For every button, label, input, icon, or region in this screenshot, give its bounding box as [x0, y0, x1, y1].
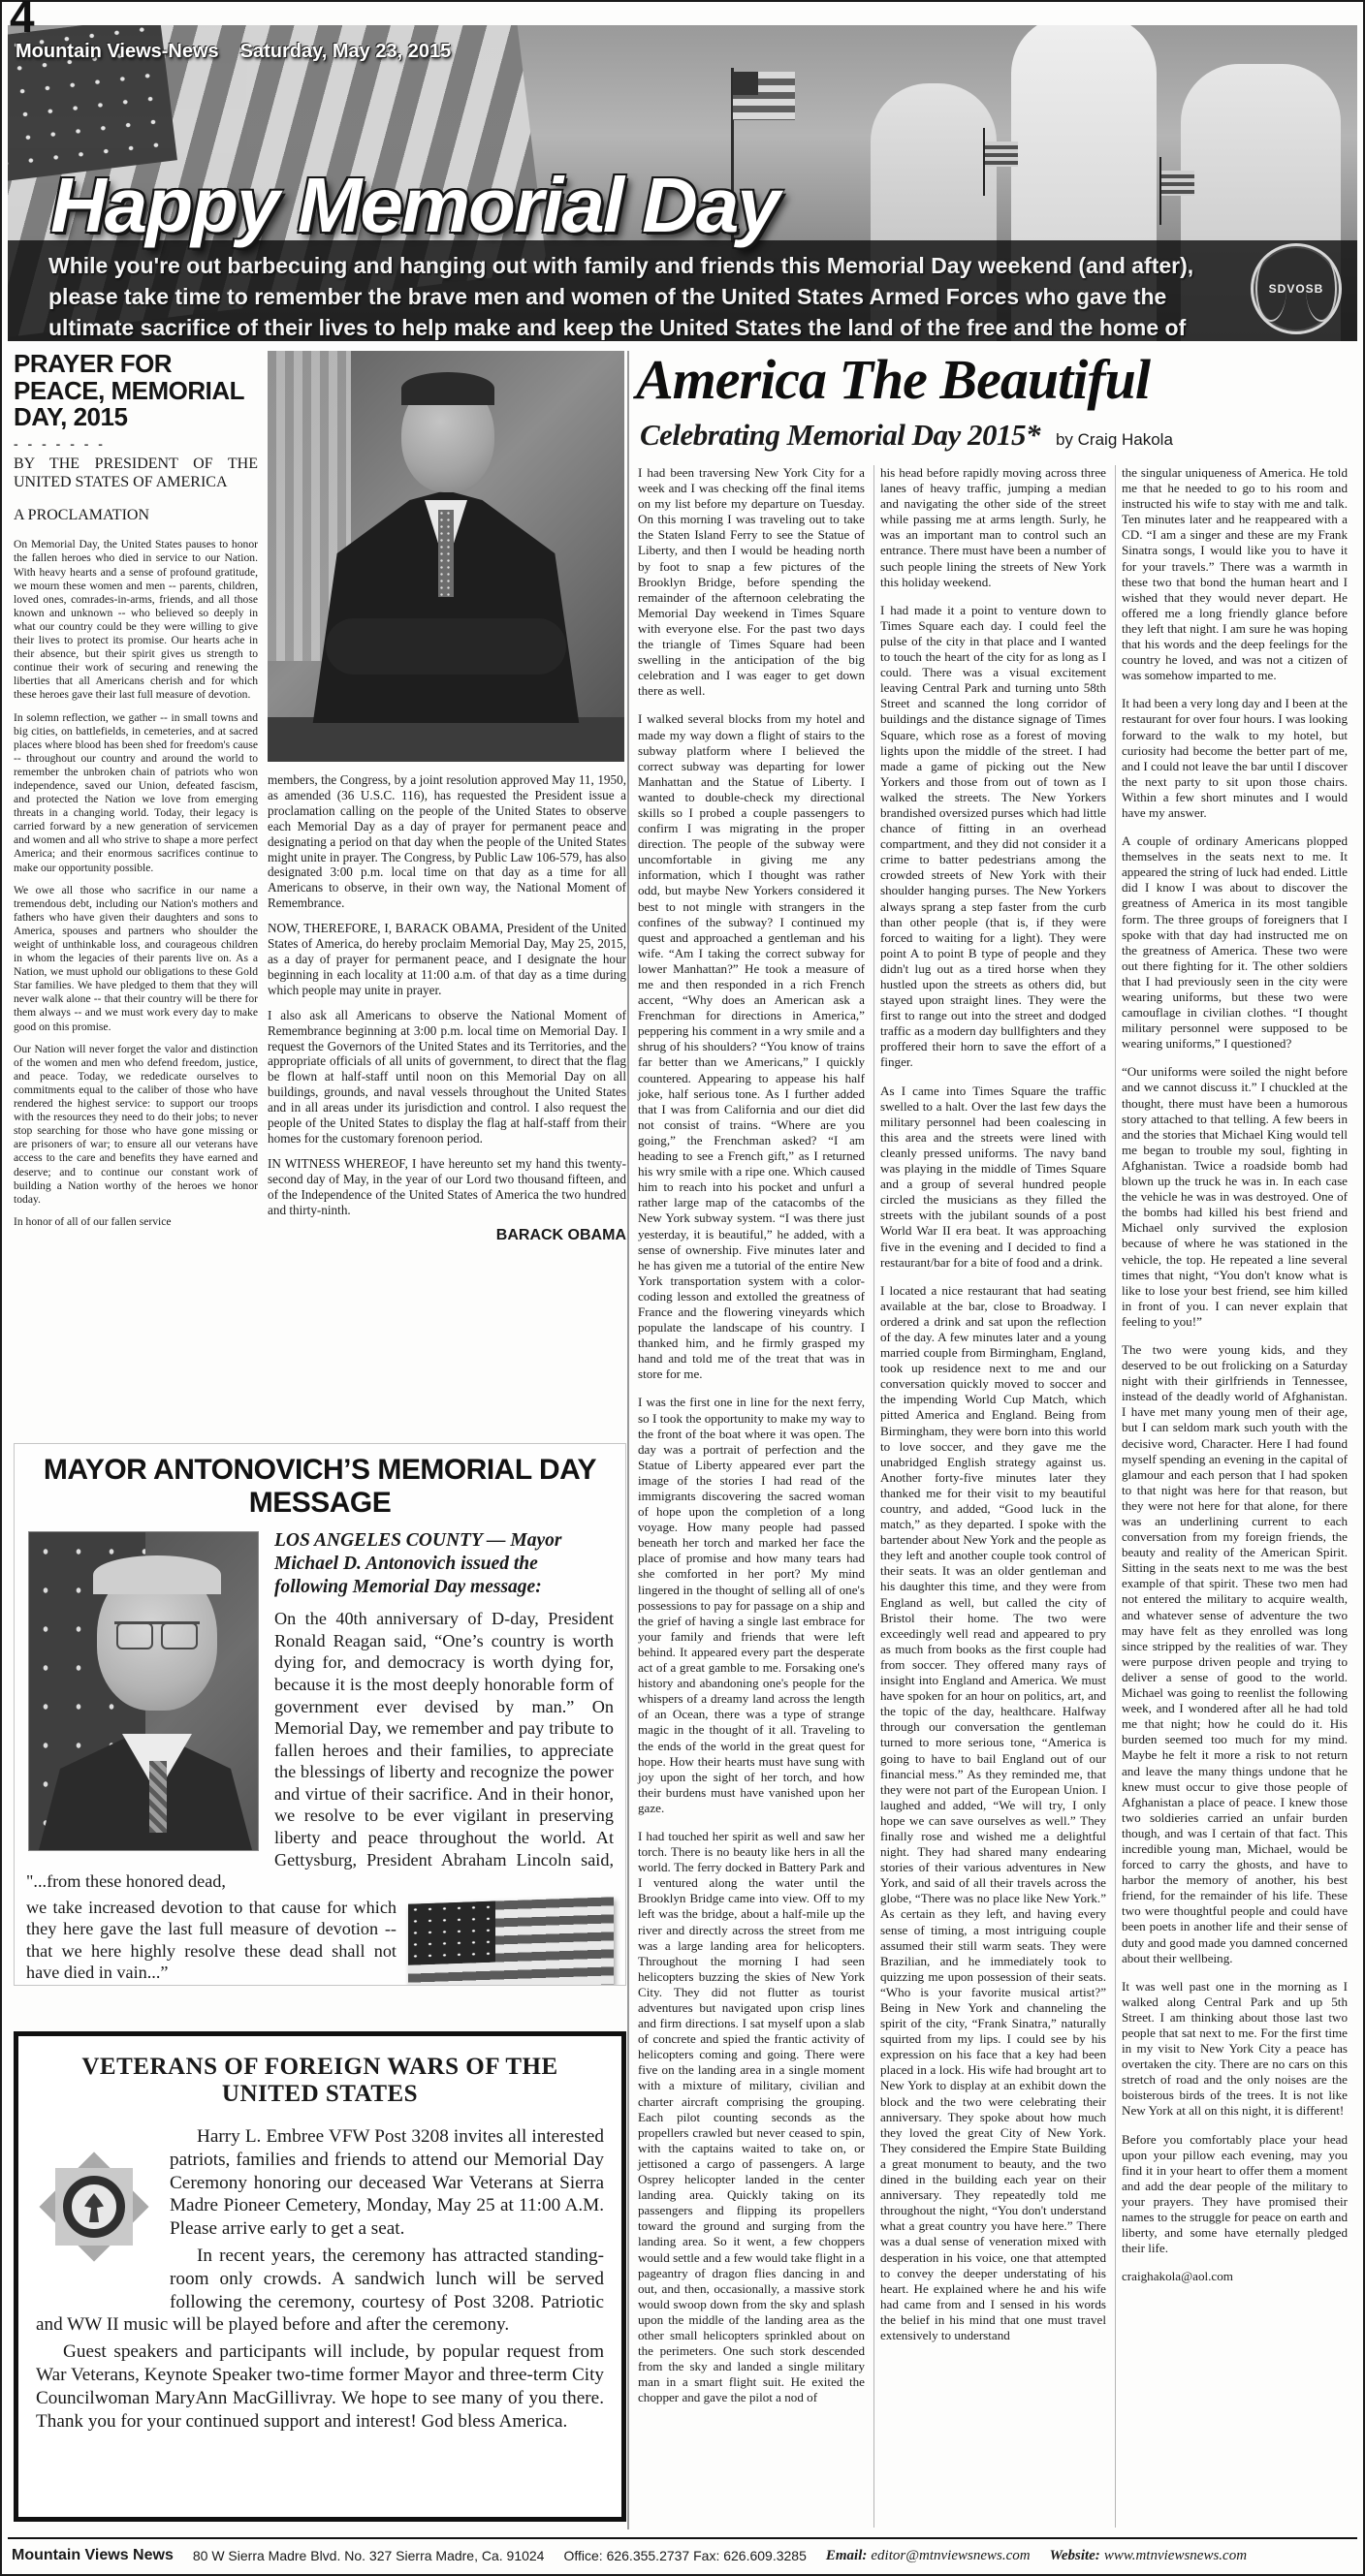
paragraph: NOW, THEREFORE, I, BARACK OBAMA, Preside… — [268, 921, 626, 998]
us-flag-image — [408, 1897, 614, 1986]
feature-subhead: Celebrating Memorial Day 2015* — [640, 418, 1040, 453]
tie-icon — [438, 510, 454, 597]
sdvosb-label: SDVOSB — [1269, 282, 1324, 296]
divider-dashes: - - - - - - - — [14, 436, 258, 452]
feature-column-2: his head before rapidly moving across th… — [873, 465, 1115, 2528]
tie-icon — [149, 1761, 167, 1833]
paragraph: the singular uniqueness of America. He t… — [1122, 465, 1348, 683]
paragraph: IN WITNESS WHEREOF, I have hereunto set … — [268, 1156, 626, 1218]
newspaper-page: 4 Mountain Views-News Saturday, May 23, … — [0, 0, 1365, 2576]
mayor-photo — [28, 1531, 259, 1851]
mayor-section: MAYOR ANTONOVICH’S MEMORIAL DAY MESSAGE … — [14, 1443, 626, 1986]
feature-column-1: I had been traversing New York City for … — [632, 465, 873, 2528]
paragraph: We owe all those who sacrifice in our na… — [14, 884, 258, 1034]
footer-address: 80 W Sierra Madre Blvd. No. 327 Sierra M… — [193, 2548, 545, 2563]
vfw-emblem-icon — [36, 2129, 152, 2294]
obama-photo — [268, 351, 624, 762]
banner-band: While you're out barbecuing and hanging … — [8, 240, 1357, 341]
feature-subrow: Celebrating Memorial Day 2015* by Craig … — [640, 418, 1357, 453]
banner-photo: Mountain Views-News Saturday, May 23, 20… — [8, 25, 1357, 341]
paragraph: I had been traversing New York City for … — [638, 465, 865, 699]
feature-columns: I had been traversing New York City for … — [632, 465, 1357, 2528]
paragraph: I walked several blocks from my hotel an… — [638, 711, 865, 1382]
paragraph: It was well past one in the morning as I… — [1122, 1979, 1348, 2120]
paragraph: It had been a very long day and I been a… — [1122, 696, 1348, 821]
masthead: Mountain Views-News Saturday, May 23, 20… — [16, 41, 451, 63]
mayor-body-continued: we take increased devotion to that cause… — [26, 1897, 408, 1986]
prayer-article: PRAYER FOR PEACE, MEMORIAL DAY, 2015 - -… — [14, 349, 626, 1438]
paragraph: members, the Congress, by a joint resolu… — [268, 772, 626, 911]
feature-article: America The Beautiful Celebrating Memori… — [632, 347, 1357, 2529]
prayer-title: PRAYER FOR PEACE, MEMORIAL DAY, 2015 — [14, 351, 258, 431]
vfw-heading: VETERANS OF FOREIGN WARS OF THE UNITED S… — [36, 2054, 604, 2108]
footer: Mountain Views News 80 W Sierra Madre Bl… — [8, 2537, 1357, 2572]
small-flag-icon — [733, 72, 795, 120]
paragraph: “Our uniforms were soiled the night befo… — [1122, 1064, 1348, 1330]
paragraph: I had touched her spirit as well and saw… — [638, 1829, 865, 2405]
paragraph: In solemn reflection, we gather -- in sm… — [14, 711, 258, 875]
paragraph: I located a nice restaurant that had sea… — [880, 1283, 1106, 2343]
prayer-column-1: PRAYER FOR PEACE, MEMORIAL DAY, 2015 - -… — [14, 351, 258, 1436]
paragraph: I also ask all Americans to observe the … — [268, 1008, 626, 1147]
prayer-text-col1: On Memorial Day, the United States pause… — [14, 538, 258, 1229]
paragraph: As I came into Times Square the traffic … — [880, 1084, 1106, 1271]
footer-email: Email: editor@mtnviewsnews.com — [826, 2548, 1031, 2564]
paragraph: The two were young kids, and they deserv… — [1122, 1342, 1348, 1966]
paragraph: A couple of ordinary Americans plopped t… — [1122, 833, 1348, 1052]
mayor-row2: we take increased devotion to that cause… — [26, 1897, 614, 1986]
desk-icon — [268, 717, 624, 762]
proclamation-kicker: A PROCLAMATION — [14, 507, 258, 524]
feature-byline: by Craig Hakola — [1056, 430, 1173, 450]
banner-message: While you're out barbecuing and hanging … — [8, 240, 1357, 341]
page-number: 4 — [10, 0, 35, 43]
paragraph: I had made it a point to venture down to… — [880, 603, 1106, 1071]
sdvosb-logo-icon: SDVOSB — [1251, 243, 1342, 334]
masthead-date: Saturday, May 23, 2015 — [240, 41, 452, 63]
footer-name: Mountain Views News — [12, 2547, 174, 2564]
paragraph: In honor of all of our fallen service — [14, 1215, 258, 1229]
crossed-arms-icon — [326, 618, 566, 675]
paragraph: Our Nation will never forget the valor a… — [14, 1043, 258, 1207]
portrait-hair-icon — [401, 372, 494, 405]
prayer-column-2: members, the Congress, by a joint resolu… — [268, 351, 626, 1436]
grave-flag-icon — [985, 141, 1018, 167]
email-value: editor@mtnviewsnews.com — [871, 2548, 1030, 2564]
email-label: Email: — [826, 2548, 868, 2564]
paragraph: On Memorial Day, the United States pause… — [14, 538, 258, 702]
section-divider — [627, 351, 629, 2529]
paragraph: I was the first one in line for the next… — [638, 1395, 865, 1816]
portrait-hair-icon — [93, 1555, 221, 1594]
paragraph: Before you comfortably place your head u… — [1122, 2132, 1348, 2257]
feature-column-3: the singular uniqueness of America. He t… — [1115, 465, 1356, 2528]
website-value: www.mtnviewsnews.com — [1104, 2548, 1247, 2564]
prayer-text-col2: members, the Congress, by a joint resolu… — [268, 772, 626, 1217]
prayer-byline: BY THE PRESIDENT OF THE UNITED STATES OF… — [14, 456, 258, 492]
feature-headline: America The Beautiful — [636, 347, 1357, 412]
banner-title: Happy Memorial Day — [50, 161, 778, 250]
paragraph: his head before rapidly moving across th… — [880, 465, 1106, 590]
masthead-paper: Mountain Views-News — [16, 41, 219, 63]
footer-office: Office: 626.355.2737 Fax: 626.609.3285 — [563, 2548, 806, 2563]
website-label: Website: — [1050, 2548, 1100, 2564]
paragraph: Guest speakers and participants will inc… — [36, 2340, 604, 2433]
mayor-heading: MAYOR ANTONOVICH’S MEMORIAL DAY MESSAGE — [26, 1454, 614, 1520]
vfw-box: VETERANS OF FOREIGN WARS OF THE UNITED S… — [14, 2031, 626, 2522]
grave-flag-icon — [1161, 171, 1194, 196]
glasses-icon — [114, 1621, 200, 1647]
paragraph: craighakola@aol.com — [1122, 2269, 1348, 2284]
signature: BARACK OBAMA — [268, 1227, 626, 1244]
footer-website: Website: www.mtnviewsnews.com — [1050, 2548, 1247, 2564]
